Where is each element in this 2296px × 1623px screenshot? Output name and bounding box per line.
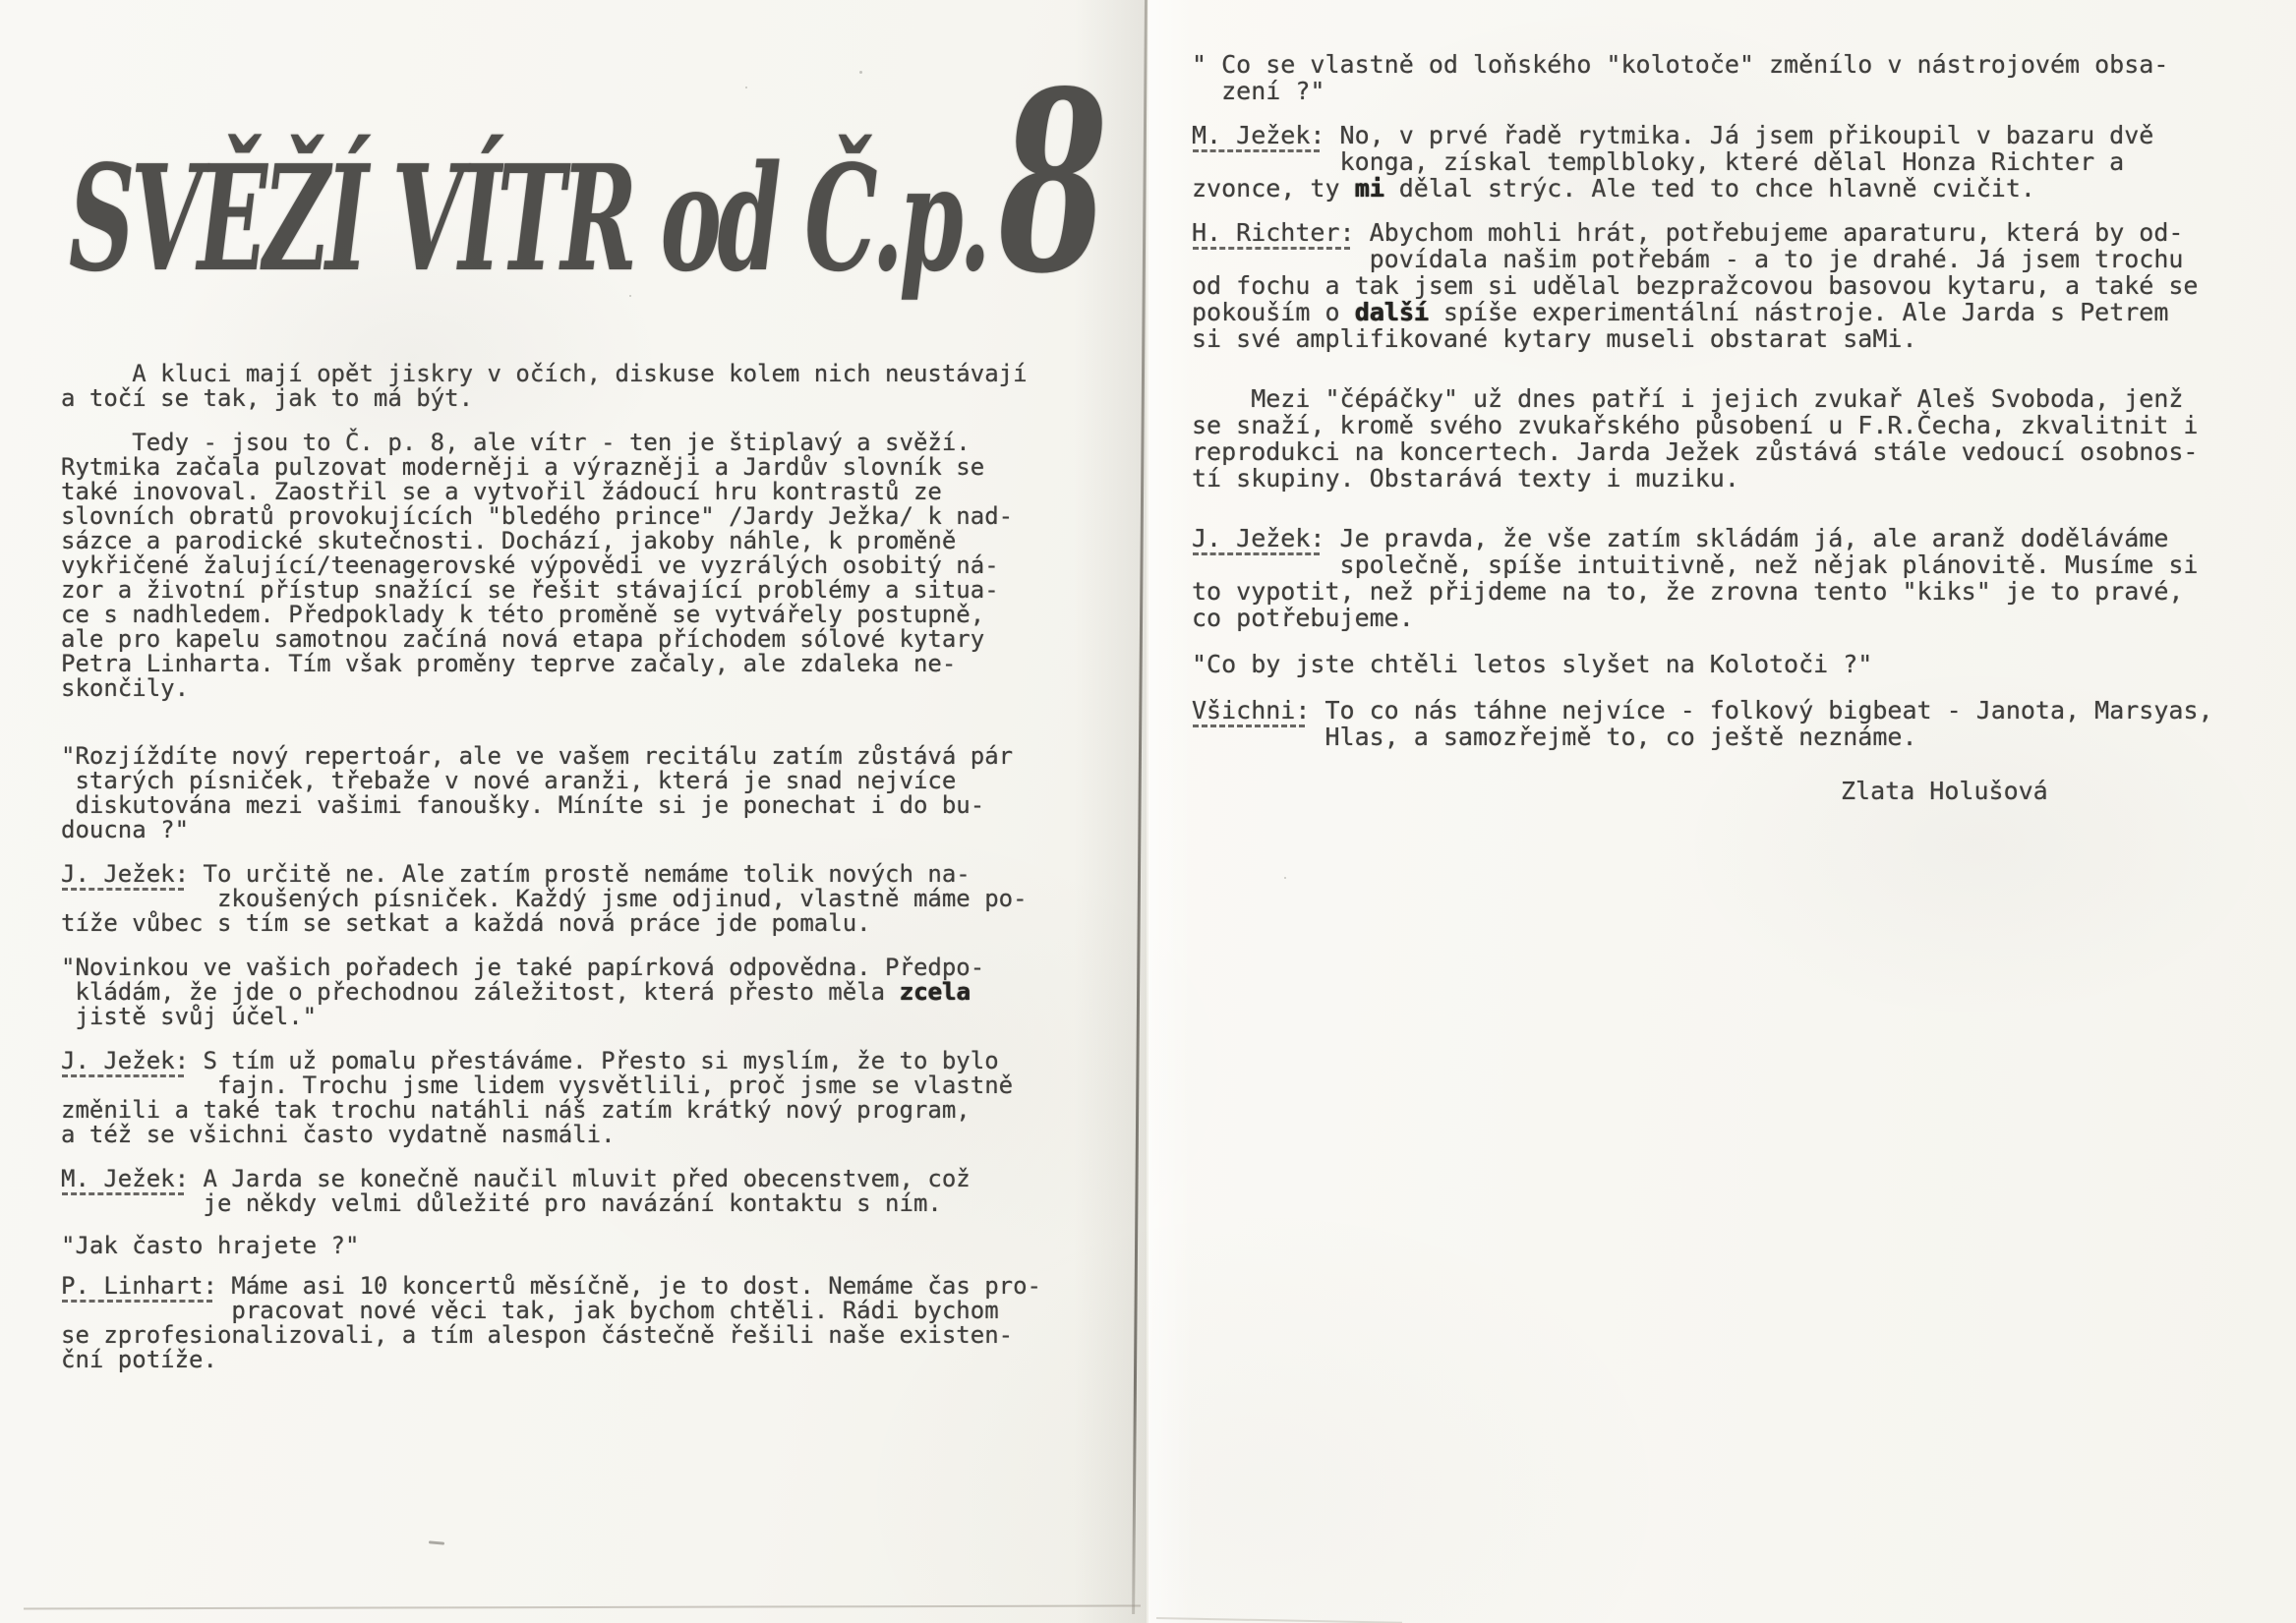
text-line: Zlata Holušová (1841, 778, 2273, 804)
question-block: " Co se vlastně od loňského "kolotoče" z… (1192, 51, 2273, 104)
speaker-label: M. Ježek: (1192, 122, 1325, 148)
text-line: Všichni: To co nás táhne nejvíce - folko… (1192, 697, 2273, 724)
text-line: tí skupiny. Obstarává texty i muziku. (1192, 465, 2273, 492)
answer-block: J. Ježek: S tím už pomalu přestáváme. Př… (61, 1049, 1064, 1147)
text-line: "Co by jste chtěli letos slyšet na Kolot… (1192, 651, 2273, 677)
text-line: diskutována mezi vašimi fanoušky. Míníte… (61, 793, 1064, 818)
text-line: skončily. (61, 676, 1064, 701)
text-line: ční potíže. (61, 1348, 1064, 1372)
text-line: Hlas, a samozřejmě to, co ještě neznáme. (1192, 724, 2273, 750)
text-line: Mezi "čépáčky" už dnes patří i jejich zv… (1192, 385, 2273, 412)
paragraph-block: Tedy - jsou to Č. p. 8, ale vítr - ten j… (61, 431, 1064, 701)
text-line: J. Ježek: S tím už pomalu přestáváme. Př… (61, 1049, 1064, 1073)
text-line: vykřičené žalující/teenagerovské výpověd… (61, 553, 1064, 578)
answer-block: H. Richter: Abychom mohli hrát, potřebuj… (1192, 219, 2273, 352)
text-line: tíže vůbec s tím se setkat a každá nová … (61, 911, 1064, 936)
question-block: "Rozjíždíte nový repertoár, ale ve vašem… (61, 744, 1064, 842)
article-title: SVĚŽÍ VÍTR od Č.p. 8 (69, 37, 1107, 328)
text-line: zvonce, ty mi dělal strýc. Ale ted to ch… (1192, 175, 2273, 202)
text-line: "Novinkou ve vašich pořadech je také pap… (61, 956, 1064, 980)
page-right: " Co se vlastně od loňského "kolotoče" z… (1148, 0, 2296, 1623)
scan-speck (859, 71, 862, 74)
paragraph-block: A kluci mají opět jiskry v očích, diskus… (61, 362, 1064, 411)
answer-block: M. Ježek: No, v prvé řadě rytmika. Já js… (1192, 122, 2273, 202)
scan-speck (1391, 59, 1393, 61)
text-line: P. Linhart: Máme asi 10 koncertů měsíčně… (61, 1274, 1064, 1299)
overtyped-text: zcela (900, 978, 971, 1006)
speaker-label: M. Ježek: (61, 1167, 189, 1191)
article-title-text: SVĚŽÍ VÍTR od Č.p. (69, 133, 986, 304)
text-line: " Co se vlastně od loňského "kolotoče" z… (1192, 51, 2273, 78)
text-line: fajn. Trochu jsme lidem vysvětlili, proč… (61, 1073, 1064, 1098)
text-line: "Jak často hrajete ?" (61, 1234, 1064, 1258)
question-block: "Co by jste chtěli letos slyšet na Kolot… (1192, 651, 2273, 677)
text-line: změnili a také tak trochu natáhli náš za… (61, 1098, 1064, 1123)
text-line: to vypotit, než přijdeme na to, že zrovn… (1192, 578, 2273, 605)
paragraph-block: Mezi "čépáčky" už dnes patří i jejich zv… (1192, 385, 2273, 492)
text-line: M. Ježek: No, v prvé řadě rytmika. Já js… (1192, 122, 2273, 148)
text-line: zení ?" (1192, 78, 2273, 104)
text-line: Petra Linharta. Tím však proměny teprve … (61, 652, 1064, 676)
text-line: sázce a parodické skutečnosti. Dochází, … (61, 529, 1064, 553)
text-line: zor a životní přístup snažící se řešit s… (61, 578, 1064, 603)
speaker-label: J. Ježek: (1192, 525, 1325, 551)
text-line: si své amplifikované kytary museli obsta… (1192, 325, 2273, 352)
text-line: konga, získal templbloky, které dělal Ho… (1192, 148, 2273, 175)
scan-speck (1284, 877, 1286, 879)
text-line: Rytmika začala pulzovat moderněji a výra… (61, 455, 1064, 480)
answer-block: P. Linhart: Máme asi 10 koncertů měsíčně… (61, 1274, 1064, 1372)
page-left: SVĚŽÍ VÍTR od Č.p. 8 A kluci mají opět j… (0, 0, 1148, 1623)
text-line: co potřebujeme. (1192, 605, 2273, 631)
text-line: "Rozjíždíte nový repertoár, ale ve vašem… (61, 744, 1064, 769)
overtyped-text: mi (1355, 174, 1384, 203)
text-line: H. Richter: Abychom mohli hrát, potřebuj… (1192, 219, 2273, 246)
text-line: také inovoval. Zaostřil se a vytvořil žá… (61, 480, 1064, 504)
speaker-label: J. Ježek: (61, 862, 189, 887)
text-line: slovních obratů provokujících "bledého p… (61, 504, 1064, 529)
page-fold-highlight (1148, 0, 1194, 1623)
text-line: se snaží, kromě svého zvukařského působe… (1192, 412, 2273, 438)
text-line: pokouším o další spíše experimentální ná… (1192, 299, 2273, 325)
text-line: kládám, že jde o přechodnou záležitost, … (61, 980, 1064, 1005)
page-left-text-column: A kluci mají opět jiskry v očích, diskus… (61, 362, 1064, 1372)
question-block: "Jak často hrajete ?" (61, 1234, 1064, 1258)
text-line: se zprofesionalizovali, a tím alespon čá… (61, 1323, 1064, 1348)
text-line: reprodukci na koncertech. Jarda Ježek zů… (1192, 438, 2273, 465)
author-signature: Zlata Holušová (1192, 778, 2273, 804)
question-block: "Novinkou ve vašich pořadech je také pap… (61, 956, 1064, 1029)
speaker-label: P. Linhart: (61, 1274, 217, 1299)
text-line: Tedy - jsou to Č. p. 8, ale vítr - ten j… (61, 431, 1064, 455)
text-line: ce s nadhledem. Předpoklady k této promě… (61, 603, 1064, 627)
text-line: zkoušených písniček. Každý jsme odjinud,… (61, 887, 1064, 911)
speaker-label: Všichni: (1192, 697, 1310, 724)
text-line: ale pro kapelu samotnou začíná nová etap… (61, 627, 1064, 652)
text-line: M. Ježek: A Jarda se konečně naučil mluv… (61, 1167, 1064, 1191)
page-right-text-column: " Co se vlastně od loňského "kolotoče" z… (1192, 51, 2273, 804)
speaker-label: H. Richter: (1192, 219, 1355, 246)
scan-speck (745, 87, 747, 88)
answer-block: M. Ježek: A Jarda se konečně naučil mluv… (61, 1167, 1064, 1216)
answer-block: J. Ježek: Je pravda, že vše zatím skládá… (1192, 525, 2273, 631)
text-line: povídala našim potřebám - a to je drahé.… (1192, 246, 2273, 272)
text-line: a točí se tak, jak to má být. (61, 386, 1064, 411)
text-line: J. Ježek: Je pravda, že vše zatím skládá… (1192, 525, 2273, 551)
document-scan: SVĚŽÍ VÍTR od Č.p. 8 A kluci mají opět j… (0, 0, 2296, 1623)
scan-speck (629, 295, 631, 297)
answer-block: J. Ježek: To určitě ne. Ale zatím prostě… (61, 862, 1064, 936)
speaker-label: J. Ježek: (61, 1049, 189, 1073)
answer-block: Všichni: To co nás táhne nejvíce - folko… (1192, 697, 2273, 750)
text-line: je někdy velmi důležité pro navázání kon… (61, 1191, 1064, 1216)
text-line: a též se všichni často vydatně nasmáli. (61, 1123, 1064, 1147)
text-line: J. Ježek: To určitě ne. Ale zatím prostě… (61, 862, 1064, 887)
text-line: starých písniček, třebaže v nové aranži,… (61, 769, 1064, 793)
text-line: jistě svůj účel." (61, 1005, 1064, 1029)
text-line: A kluci mají opět jiskry v očích, diskus… (61, 362, 1064, 386)
text-line: společně, spíše intuitivně, než nějak pl… (1192, 551, 2273, 578)
text-line: doucna ?" (61, 818, 1064, 842)
overtyped-text: další (1355, 298, 1429, 326)
text-line: od fochu a tak jsem si udělal bezpražcov… (1192, 272, 2273, 299)
